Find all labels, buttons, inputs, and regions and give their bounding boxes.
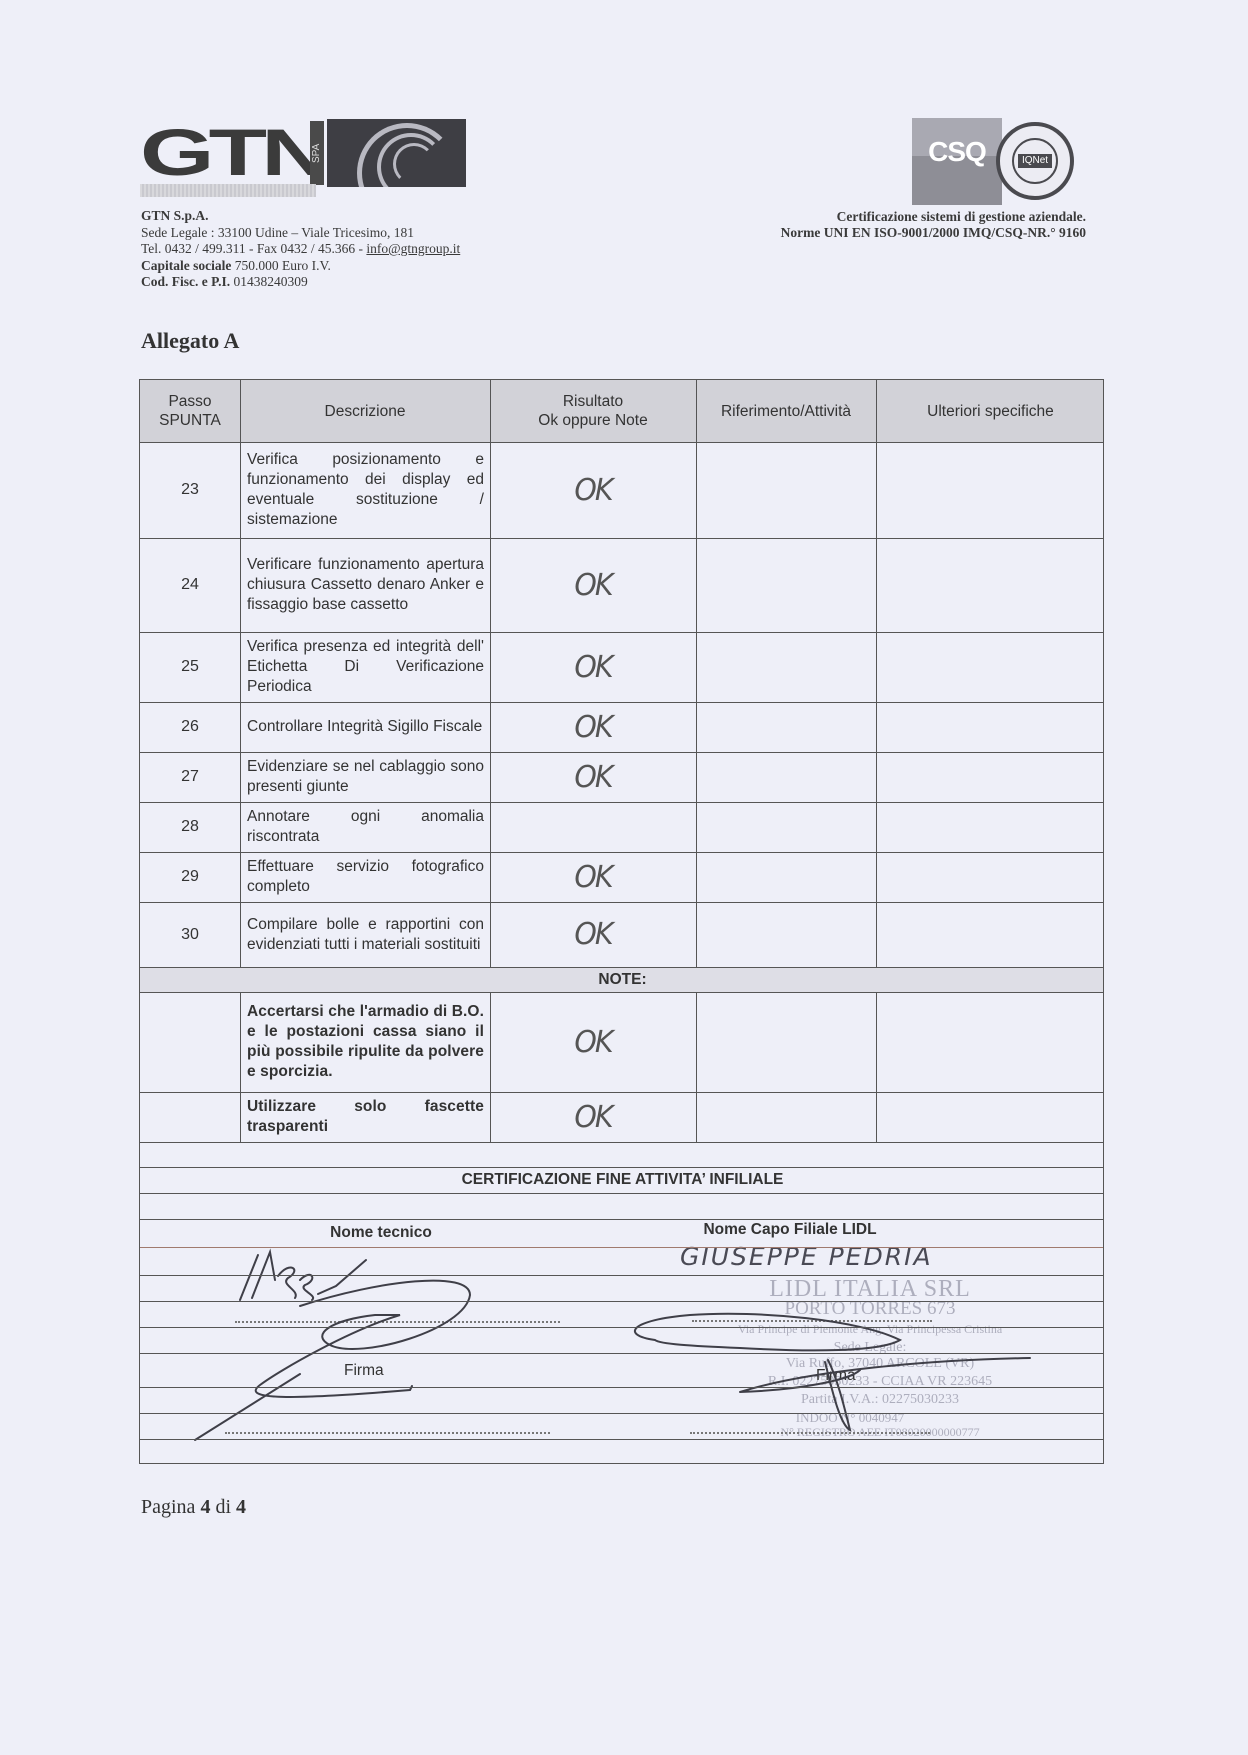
share-capital-value: 750.000 Euro I.V.: [231, 258, 331, 273]
row-step-number: 23: [140, 442, 240, 538]
tax-code-label: Cod. Fisc. e P.I.: [141, 274, 230, 289]
column-header-result: Risultato Ok oppure Note: [490, 380, 696, 442]
row-step-number: 30: [140, 902, 240, 967]
row-step-number: 24: [140, 538, 240, 632]
note-result-2[interactable]: OK: [495, 1092, 691, 1142]
gtn-logo: GTN SPA: [140, 117, 466, 197]
row-reference[interactable]: [696, 702, 876, 752]
cert-line-2: Norme UNI EN ISO-9001/2000 IMQ/CSQ-NR.° …: [700, 225, 1086, 241]
row-result[interactable]: OK: [495, 752, 691, 802]
row-description: Effettuare servizio fotografico completo: [240, 852, 490, 902]
row-step-number: 29: [140, 852, 240, 902]
gtn-logo-suffix: SPA: [310, 121, 324, 185]
column-header-specs: Ulteriori specifiche: [876, 380, 1105, 442]
row-specs[interactable]: [876, 538, 1105, 632]
row-result[interactable]: OK: [495, 702, 691, 752]
row-step-number: 25: [140, 632, 240, 702]
tax-code-value: 01438240309: [230, 274, 308, 289]
row-result[interactable]: OK: [495, 538, 691, 632]
column-header-step: Passo SPUNTA: [140, 380, 240, 442]
iqnet-logo: IQNet: [996, 122, 1074, 200]
row-step-number: 26: [140, 702, 240, 752]
note-description-2: Utilizzare solo fascette trasparenti: [240, 1092, 490, 1142]
note-description-1: Accertarsi che l'armadio di B.O. e le po…: [240, 992, 490, 1092]
email-link[interactable]: info@gtngroup.it: [366, 241, 460, 256]
row-result[interactable]: OK: [495, 852, 691, 902]
row-result[interactable]: OK: [495, 442, 691, 538]
company-name: GTN S.p.A.: [141, 208, 209, 223]
gtn-swirl-icon: [327, 119, 466, 187]
column-header-description: Descrizione: [240, 380, 490, 442]
gtn-logo-strip: [140, 184, 316, 197]
csq-logo: CSQ: [912, 118, 1002, 205]
row-description: Evidenziare se nel cablaggio sono presen…: [240, 752, 490, 802]
gtn-logo-text: GTN: [140, 122, 325, 182]
company-info: GTN S.p.A. Sede Legale : 33100 Udine – V…: [141, 208, 460, 291]
csq-logo-text: CSQ: [912, 136, 1002, 168]
row-specs[interactable]: [876, 852, 1105, 902]
contacts: Tel. 0432 / 499.311 - Fax 0432 / 45.366 …: [141, 241, 460, 258]
cert-line-1: Certificazione sistemi di gestione azien…: [700, 209, 1086, 225]
row-specs[interactable]: [876, 702, 1105, 752]
row-specs[interactable]: [876, 442, 1105, 538]
row-reference[interactable]: [696, 632, 876, 702]
certification-title: CERTIFICAZIONE FINE ATTIVITA’ INFILIALE: [140, 1167, 1105, 1193]
page-number: Pagina 4 di 4: [141, 1496, 246, 1519]
row-step-number: 28: [140, 802, 240, 852]
row-reference[interactable]: [696, 852, 876, 902]
certification-info: Certificazione sistemi di gestione azien…: [700, 209, 1086, 241]
row-result[interactable]: OK: [495, 902, 691, 967]
note-result-1[interactable]: OK: [495, 992, 691, 1092]
row-description: Verifica posizionamento e funzionamento …: [240, 442, 490, 538]
row-specs[interactable]: [876, 802, 1105, 852]
row-specs[interactable]: [876, 902, 1105, 967]
column-header-reference: Riferimento/Attività: [696, 380, 876, 442]
row-reference[interactable]: [696, 538, 876, 632]
row-result[interactable]: [495, 802, 691, 852]
row-reference[interactable]: [696, 442, 876, 538]
row-reference[interactable]: [696, 752, 876, 802]
row-description: Controllare Integrità Sigillo Fiscale: [240, 702, 490, 752]
row-description: Compilare bolle e rapportini con evidenz…: [240, 902, 490, 967]
row-description: Verifica presenza ed integrità dell' Eti…: [240, 632, 490, 702]
iqnet-logo-text: IQNet: [1018, 154, 1052, 168]
row-description: Verificare funzionamento apertura chiusu…: [240, 538, 490, 632]
row-result[interactable]: OK: [495, 632, 691, 702]
row-reference[interactable]: [696, 802, 876, 852]
legal-address: Sede Legale : 33100 Udine – Viale Trices…: [141, 225, 460, 242]
row-specs[interactable]: [876, 752, 1105, 802]
manager-signature[interactable]: [610, 1260, 1105, 1465]
row-step-number: 27: [140, 752, 240, 802]
share-capital-label: Capitale sociale: [141, 258, 231, 273]
row-reference[interactable]: [696, 902, 876, 967]
row-specs[interactable]: [876, 632, 1105, 702]
annex-title: Allegato A: [141, 328, 239, 354]
contacts-phone-fax: Tel. 0432 / 499.311 - Fax 0432 / 45.366 …: [141, 241, 366, 256]
notes-label: NOTE:: [140, 967, 1105, 992]
checklist-table: Passo SPUNTA Descrizione Risultato Ok op…: [139, 379, 1104, 1464]
row-description: Annotare ogni anomalia riscontrata: [240, 802, 490, 852]
